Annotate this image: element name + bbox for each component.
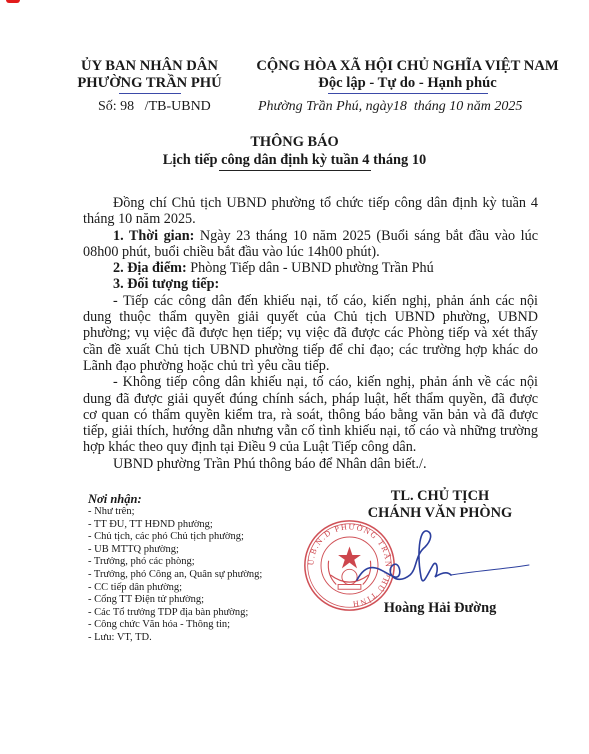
agency-line-1: ỦY BAN NHÂN DÂN bbox=[62, 58, 237, 75]
nation-line-1: CỘNG HÒA XÃ HỘI CHỦ NGHĨA VIỆT NAM bbox=[240, 58, 575, 75]
section-time-label: 1. Thời gian: bbox=[113, 228, 194, 244]
document-subtitle: Lịch tiếp công dân định kỳ tuần 4 tháng … bbox=[0, 151, 589, 169]
recipients-title: Nơi nhận: bbox=[88, 492, 262, 506]
signature-line-1: TL. CHỦ TỊCH bbox=[330, 488, 550, 505]
handwritten-signature-icon bbox=[355, 525, 530, 595]
recipient-item: - Như trên; bbox=[88, 506, 262, 519]
signature-title-block: TL. CHỦ TỊCH CHÁNH VĂN PHÒNG bbox=[330, 488, 550, 522]
section-subjects-label: 3. Đối tượng tiếp: bbox=[113, 276, 219, 292]
recipient-item: - Chủ tịch, các phó Chủ tịch phường; bbox=[88, 531, 262, 544]
document-title: THÔNG BÁO bbox=[0, 133, 589, 151]
section-location: 2. Địa điểm: Phòng Tiếp dân - UBND phườn… bbox=[83, 260, 538, 276]
section-time: 1. Thời gian: Ngày 23 tháng 10 năm 2025 … bbox=[83, 228, 538, 261]
document-title-block: THÔNG BÁO Lịch tiếp công dân định kỳ tuầ… bbox=[0, 133, 589, 171]
nation-motto: Độc lập - Tự do - Hạnh phúc bbox=[240, 75, 575, 92]
section-location-text: Phòng Tiếp dân - UBND phường Trần Phú bbox=[187, 260, 434, 276]
motto-underline bbox=[328, 93, 488, 94]
recipient-item: - Cổng TT Điện tử phường; bbox=[88, 594, 262, 607]
recipient-item: - Công chức Văn hóa - Thông tin; bbox=[88, 619, 262, 632]
recipient-item: - CC tiếp dân phường; bbox=[88, 582, 262, 595]
national-header: CỘNG HÒA XÃ HỘI CHỦ NGHĨA VIỆT NAM Độc l… bbox=[240, 58, 575, 94]
document-body: Đồng chí Chủ tịch UBND phường tổ chức ti… bbox=[83, 195, 538, 472]
document-number: Số: 98 /TB-UBND bbox=[98, 99, 211, 115]
recipient-item: - Trưởng, phó các phòng; bbox=[88, 556, 262, 569]
signer-name: Hoàng Hải Đường bbox=[330, 600, 550, 617]
corner-mark bbox=[6, 0, 20, 3]
place-date: Phường Trần Phú, ngày18 tháng 10 năm 202… bbox=[258, 99, 522, 115]
intro-paragraph: Đồng chí Chủ tịch UBND phường tổ chức ti… bbox=[83, 195, 538, 228]
section-location-label: 2. Địa điểm: bbox=[113, 260, 187, 276]
agency-line-2: PHƯỜNG TRẦN PHÚ bbox=[62, 75, 237, 92]
recipient-item: - TT ĐU, TT HĐND phường; bbox=[88, 519, 262, 532]
section-subjects: 3. Đối tượng tiếp: bbox=[83, 276, 538, 292]
title-underline bbox=[219, 170, 371, 171]
subjects-reject-paragraph: - Không tiếp công dân khiếu nại, tố cáo,… bbox=[83, 374, 538, 455]
recipient-item: - Lưu: VT, TD. bbox=[88, 632, 262, 645]
recipient-item: - Các Tổ trưởng TDP địa bàn phường; bbox=[88, 607, 262, 620]
agency-underline bbox=[119, 93, 181, 94]
closing-paragraph: UBND phường Trần Phú thông báo để Nhân d… bbox=[83, 456, 538, 472]
agency-header: ỦY BAN NHÂN DÂN PHƯỜNG TRẦN PHÚ bbox=[62, 58, 237, 94]
subjects-accept-paragraph: - Tiếp các công dân đến khiếu nại, tố cá… bbox=[83, 293, 538, 374]
recipients-block: Nơi nhận: - Như trên; - TT ĐU, TT HĐND p… bbox=[88, 492, 262, 645]
recipient-item: - Trưởng, phó Công an, Quân sự phường; bbox=[88, 569, 262, 582]
recipient-item: - UB MTTQ phường; bbox=[88, 544, 262, 557]
